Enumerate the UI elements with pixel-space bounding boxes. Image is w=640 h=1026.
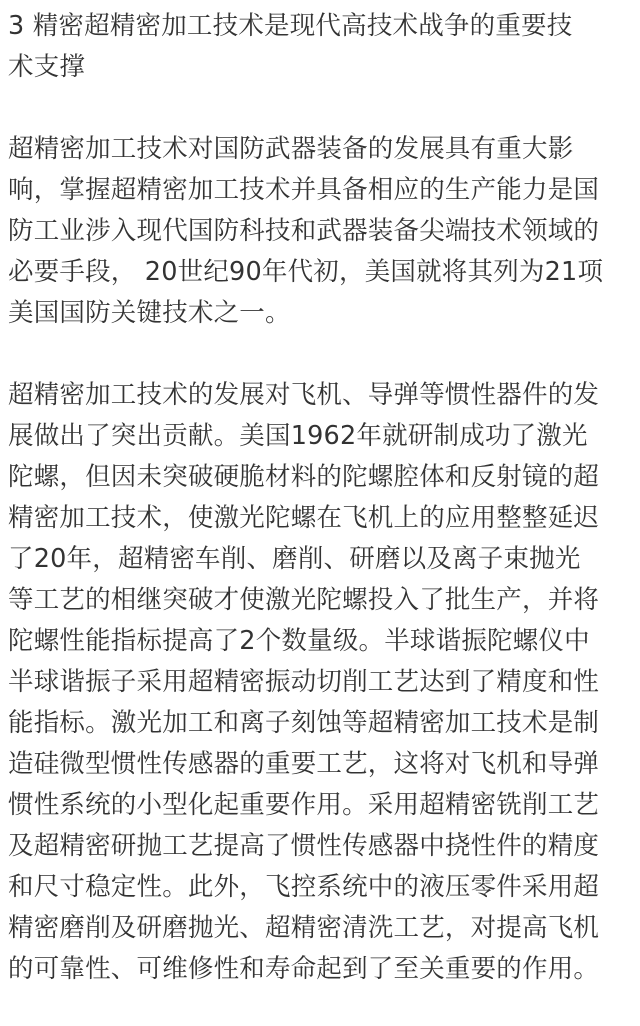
paragraph-gap: [8, 334, 632, 375]
paragraph-line: 和尺寸稳定性。此外，飞控系统中的液压零件采用超: [8, 867, 632, 908]
paragraph-line: 能指标。激光加工和离子刻蚀等超精密加工技术是制: [8, 703, 632, 744]
paragraph-line: 等工艺的相继突破才使激光陀螺投入了批生产，并将: [8, 580, 632, 621]
paragraph-line: 响，掌握超精密加工技术并具备相应的生产能力是国: [8, 170, 632, 211]
heading-line: 3 精密超精密加工技术是现代高技术战争的重要技: [8, 6, 632, 47]
paragraph-line: 的可靠性、可维修性和寿命起到了至关重要的作用。: [8, 949, 632, 990]
paragraph-line: 造硅微型惯性传感器的重要工艺，这将对飞机和导弹: [8, 744, 632, 785]
paragraph-line: 惯性系统的小型化起重要作用。采用超精密铣削工艺: [8, 785, 632, 826]
paragraph-line: 精密磨削及研磨抛光、超精密清洗工艺，对提高飞机: [8, 908, 632, 949]
paragraph-1: 超精密加工技术对国防武器装备的发展具有重大影 响，掌握超精密加工技术并具备相应的…: [8, 129, 632, 334]
paragraph-line: 半球谐振子采用超精密振动切削工艺达到了精度和性: [8, 662, 632, 703]
paragraph-line: 超精密加工技术的发展对飞机、导弹等惯性器件的发: [8, 375, 632, 416]
paragraph-line: 必要手段， 20世纪90年代初，美国就将其列为21项: [8, 252, 632, 293]
paragraph-2: 超精密加工技术的发展对飞机、导弹等惯性器件的发 展做出了突出贡献。美国1962年…: [8, 375, 632, 990]
paragraph-line: 了20年，超精密车削、磨削、研磨以及离子束抛光: [8, 539, 632, 580]
paragraph-line: 及超精密研抛工艺提高了惯性传感器中挠性件的精度: [8, 826, 632, 867]
heading-line: 术支撑: [8, 47, 632, 88]
paragraph-line: 精密加工技术，使激光陀螺在飞机上的应用整整延迟: [8, 498, 632, 539]
paragraph-line: 陀螺性能指标提高了2个数量级。半球谐振陀螺仪中: [8, 621, 632, 662]
paragraph-line: 超精密加工技术对国防武器装备的发展具有重大影: [8, 129, 632, 170]
paragraph-line: 美国国防关键技术之一。: [8, 293, 632, 334]
article-body: 3 精密超精密加工技术是现代高技术战争的重要技 术支撑 超精密加工技术对国防武器…: [0, 0, 640, 990]
paragraph-line: 展做出了突出贡献。美国1962年就研制成功了激光: [8, 416, 632, 457]
paragraph-line: 防工业涉入现代国防科技和武器装备尖端技术领域的: [8, 211, 632, 252]
paragraph-gap: [8, 88, 632, 129]
paragraph-line: 陀螺，但因未突破硬脆材料的陀螺腔体和反射镜的超: [8, 457, 632, 498]
section-heading: 3 精密超精密加工技术是现代高技术战争的重要技 术支撑: [8, 6, 632, 88]
